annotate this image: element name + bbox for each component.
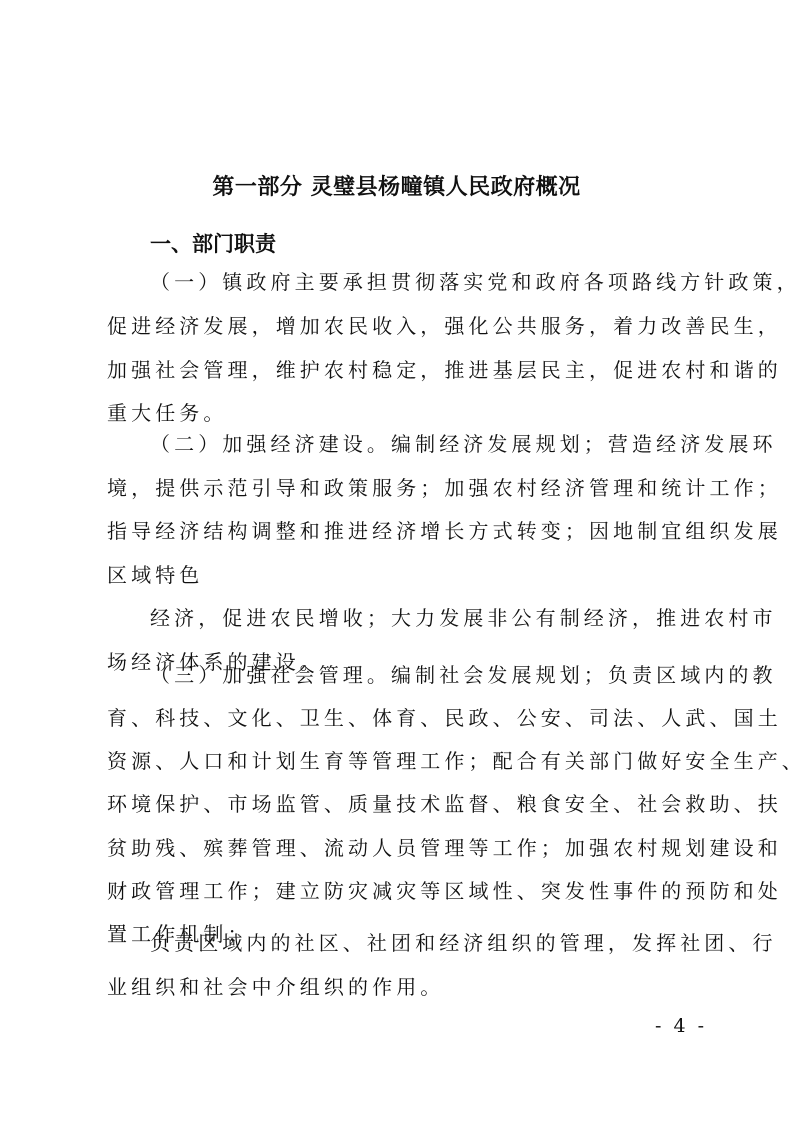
page-title: 第一部分 灵璧县杨疃镇人民政府概况 — [0, 170, 793, 201]
paragraph-line: 经济，促进农民增收；大力发展非公有制经济，推进农村市 — [150, 606, 770, 630]
paragraph-line: 境，提供示范引导和政策服务；加强农村经济管理和统计工作； — [107, 476, 727, 500]
paragraph-line: 贫助残、殡葬管理、流动人员管理等工作；加强农村规划建设和 — [107, 836, 727, 860]
page-number: - 4 - — [655, 1015, 707, 1037]
paragraph-line: 业组织和社会中介组织的作用。 — [107, 975, 727, 999]
paragraph-line: 重大任务。 — [107, 401, 727, 425]
paragraph-line: （二）加强经济建设。编制经济发展规划；营造经济发展环 — [150, 432, 770, 456]
paragraph-line: 区域特色 — [107, 563, 727, 587]
document-page: 第一部分 灵璧县杨疃镇人民政府概况 一、部门职责 （一）镇政府主要承担贯彻落实党… — [0, 0, 793, 1122]
paragraph-line: 资源、人口和计划生育等管理工作；配合有关部门做好安全生产、 — [107, 749, 727, 773]
paragraph-line: 育、科技、文化、卫生、体育、民政、公安、司法、人武、国土 — [107, 706, 727, 730]
paragraph-line: （一）镇政府主要承担贯彻落实党和政府各项路线方针政策， — [150, 270, 770, 294]
section-heading: 一、部门职责 — [150, 228, 276, 258]
paragraph-line: 加强社会管理，维护农村稳定，推进基层民主，促进农村和谐的 — [107, 358, 727, 382]
paragraph-line: 负责区域内的社区、社团和经济组织的管理，发挥社团、行 — [150, 931, 770, 955]
paragraph-line: 指导经济结构调整和推进经济增长方式转变；因地制宜组织发展 — [107, 519, 727, 543]
paragraph-line: 环境保护、市场监管、质量技术监督、粮食安全、社会救助、扶 — [107, 792, 727, 816]
paragraph-line: 财政管理工作；建立防灾减灾等区域性、突发性事件的预防和处 — [107, 879, 727, 903]
paragraph-line: （三）加强社会管理。编制社会发展规划；负责区域内的教 — [150, 663, 770, 687]
paragraph-line: 促进经济发展，增加农民收入，强化公共服务，着力改善民生， — [107, 314, 727, 338]
